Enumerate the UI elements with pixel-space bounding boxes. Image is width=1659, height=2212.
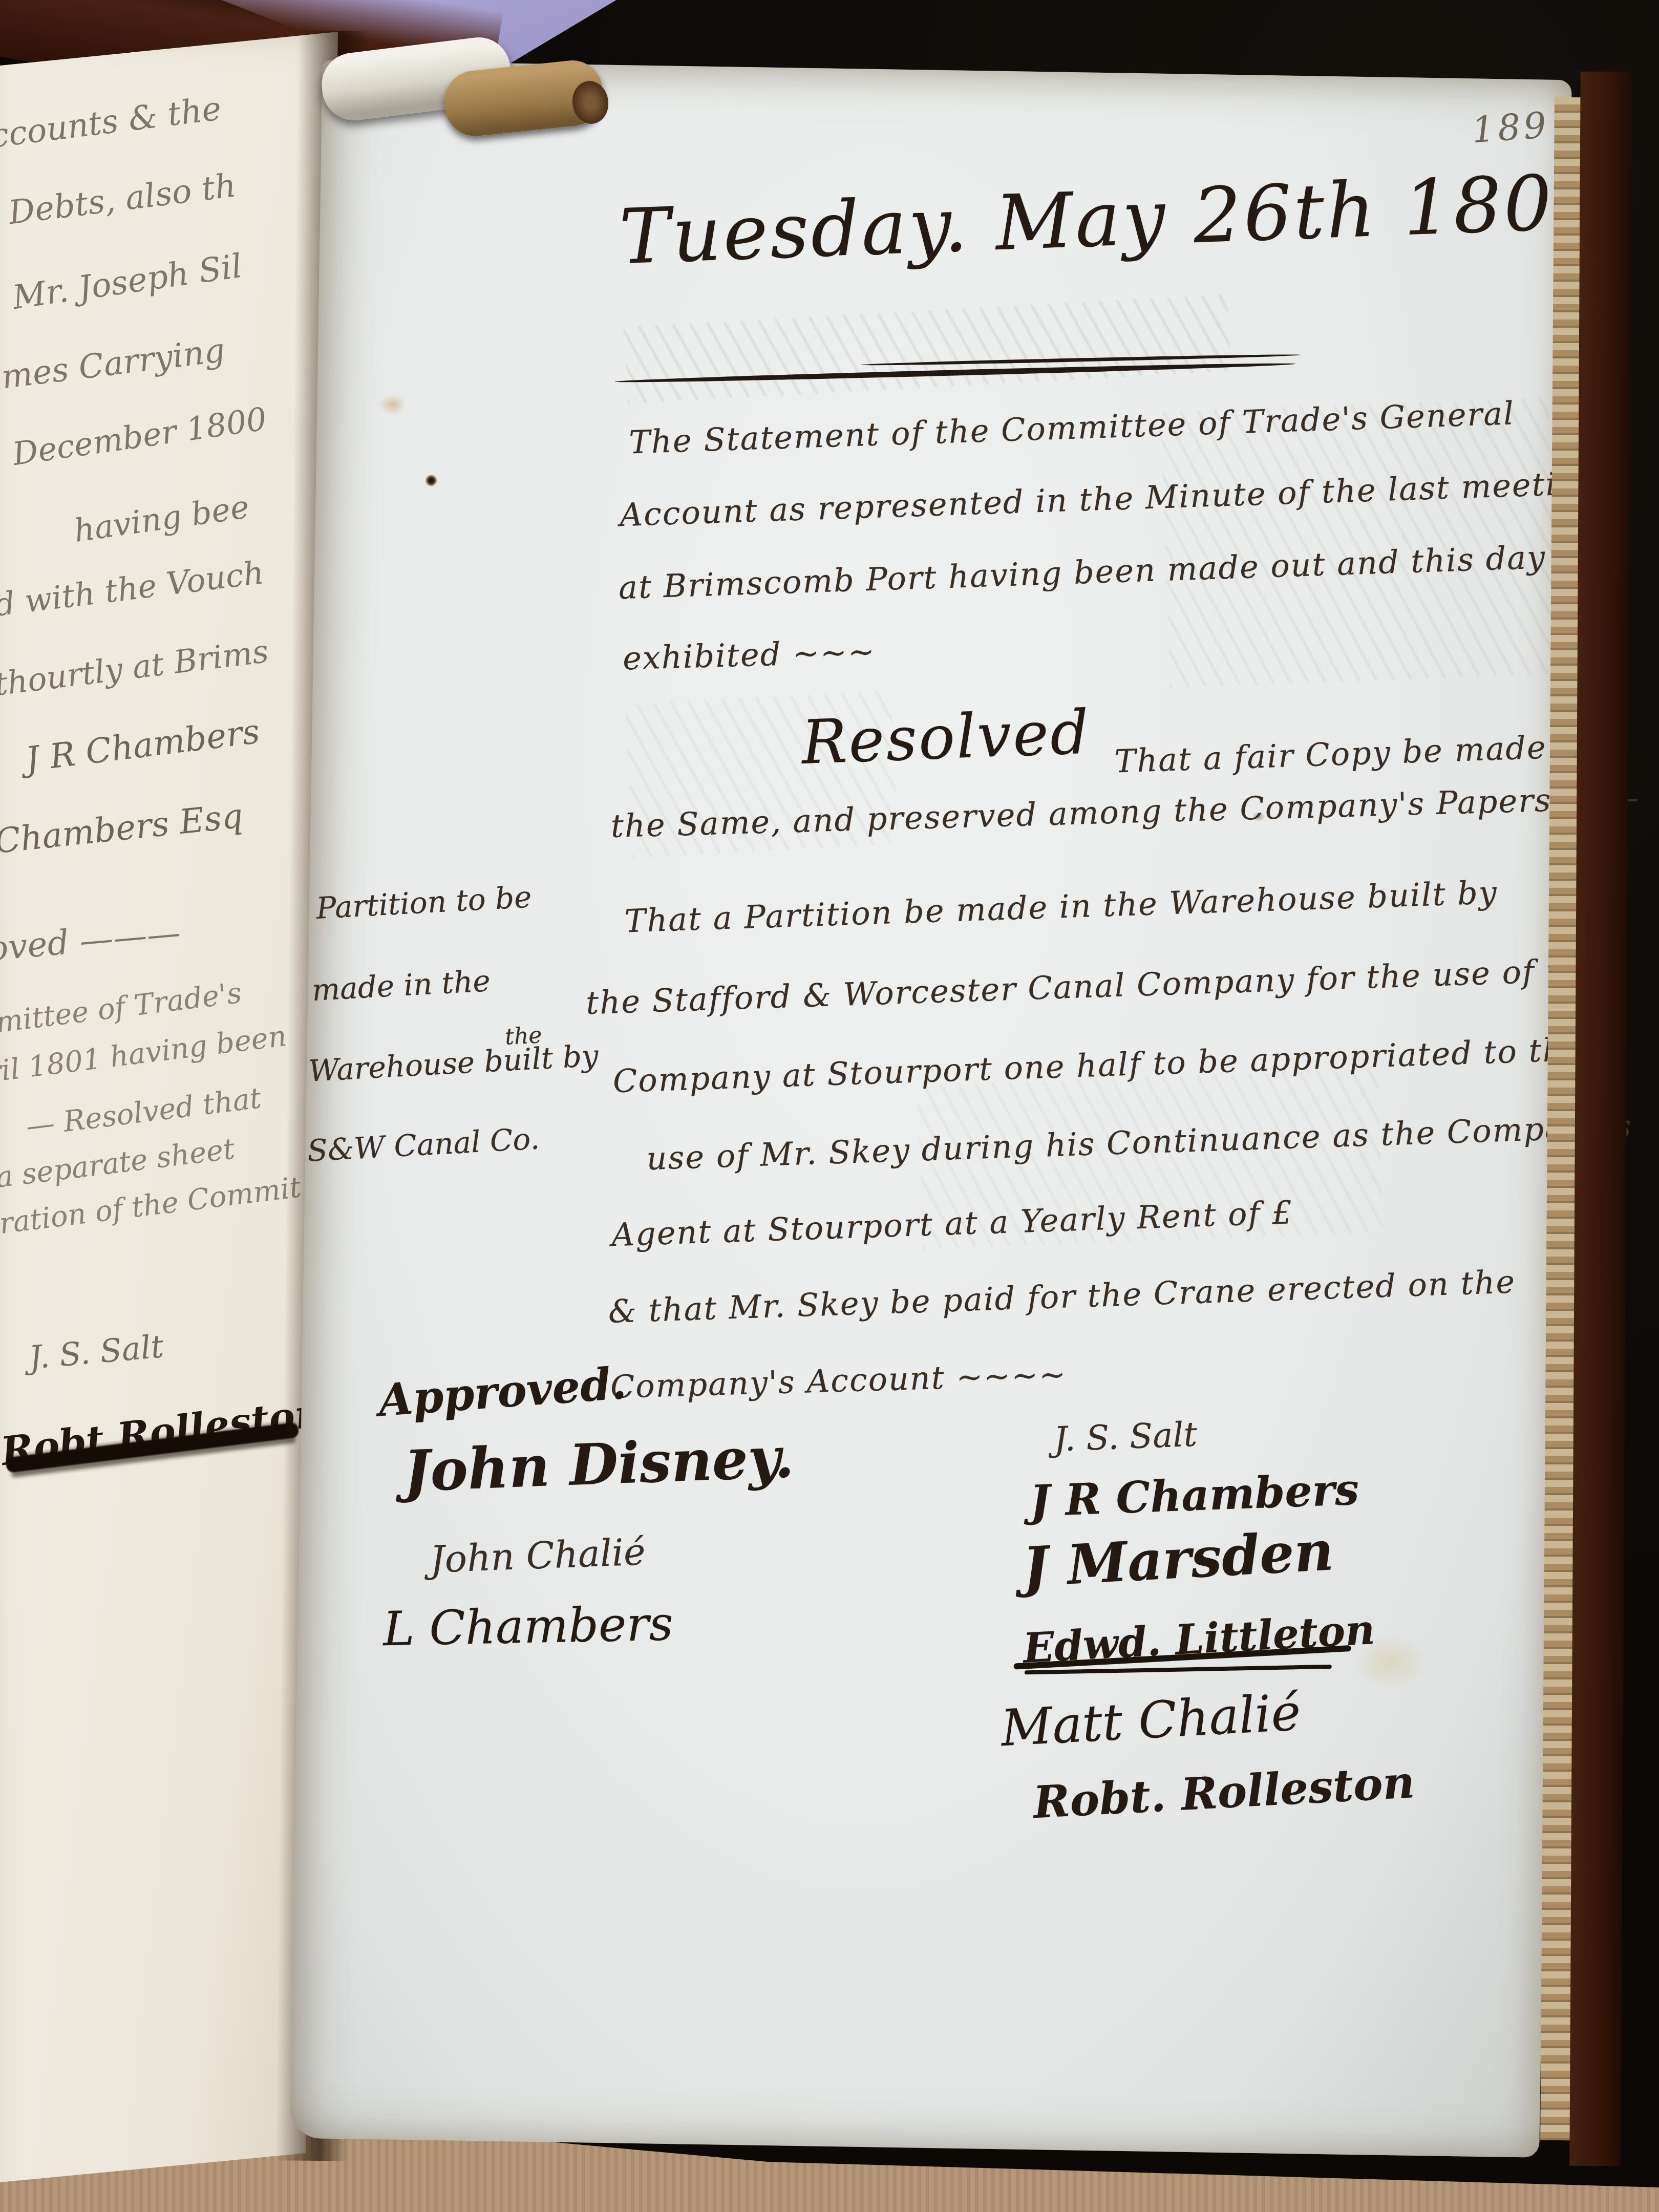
left-page-fragment: J R Chambers <box>24 712 262 779</box>
signature: John Disney. <box>402 1424 795 1504</box>
signature: Robt. Rolleston <box>1032 1756 1416 1828</box>
signature: John Chalié <box>429 1530 646 1581</box>
margin-note-line: S&W Canal Co. <box>306 1121 540 1168</box>
left-page-fragment: d with the Vouch <box>0 554 266 624</box>
left-page-fragment: oved ——— <box>0 912 182 969</box>
margin-note-line: Warehouse built by <box>308 1038 599 1089</box>
signature: J Marsden <box>1021 1518 1335 1599</box>
manuscript-photo: { "page": { "number": "189", "title": "T… <box>0 0 1659 2212</box>
margin-note-insert: the <box>504 1022 543 1050</box>
ink-stain <box>426 475 437 486</box>
left-page-fragment: J. S. Salt <box>28 1327 165 1376</box>
margin-note-line: Partition to be <box>315 879 533 926</box>
right-page: 189 Tuesday. May 26th 1801. The Statemen… <box>290 60 1571 2158</box>
resolved-keyword: Resolved <box>800 696 1092 778</box>
minute-line: the Stafford & Worcester Canal Company f… <box>585 950 1610 1022</box>
approved-label: Approved. <box>377 1357 628 1427</box>
book-cover-edge <box>1569 72 1631 2166</box>
bleed-through <box>624 294 1231 404</box>
left-page-fragment: ames Carrying <box>0 331 227 399</box>
left-page-fragment: Chambers Esq <box>0 796 245 861</box>
left-page-fragment: t Debts, also th <box>0 167 238 235</box>
left-page-fragment: thourtly at Brims <box>0 632 270 703</box>
minute-line: & that Mr. Skey be paid for the Crane er… <box>608 1263 1516 1330</box>
left-page-fragment: having bee <box>72 488 251 549</box>
minute-line: That a Partition be made in the Warehous… <box>624 874 1498 940</box>
left-page-fragment: December 1800 <box>10 400 269 473</box>
minute-line: exhibited ~~~ <box>622 633 876 677</box>
left-page-fragment: Mr. Joseph Sil <box>10 247 245 317</box>
minute-line: Company's Account ~~~~ <box>610 1355 1067 1406</box>
minute-line: That a fair Copy be made of <box>1114 727 1591 780</box>
entry-title: Tuesday. May 26th 1801. <box>618 156 1632 281</box>
fox-stain <box>378 394 407 415</box>
page-number: 189 <box>1471 104 1551 152</box>
signature: L Chambers <box>382 1596 674 1656</box>
signature: J R Chambers <box>1029 1464 1360 1526</box>
signature: Matt Chalié <box>999 1684 1302 1758</box>
signature: J. S. Salt <box>1053 1415 1198 1459</box>
margin-note-line: made in the <box>311 963 491 1008</box>
left-page-fragment: ccounts & the <box>0 90 223 156</box>
